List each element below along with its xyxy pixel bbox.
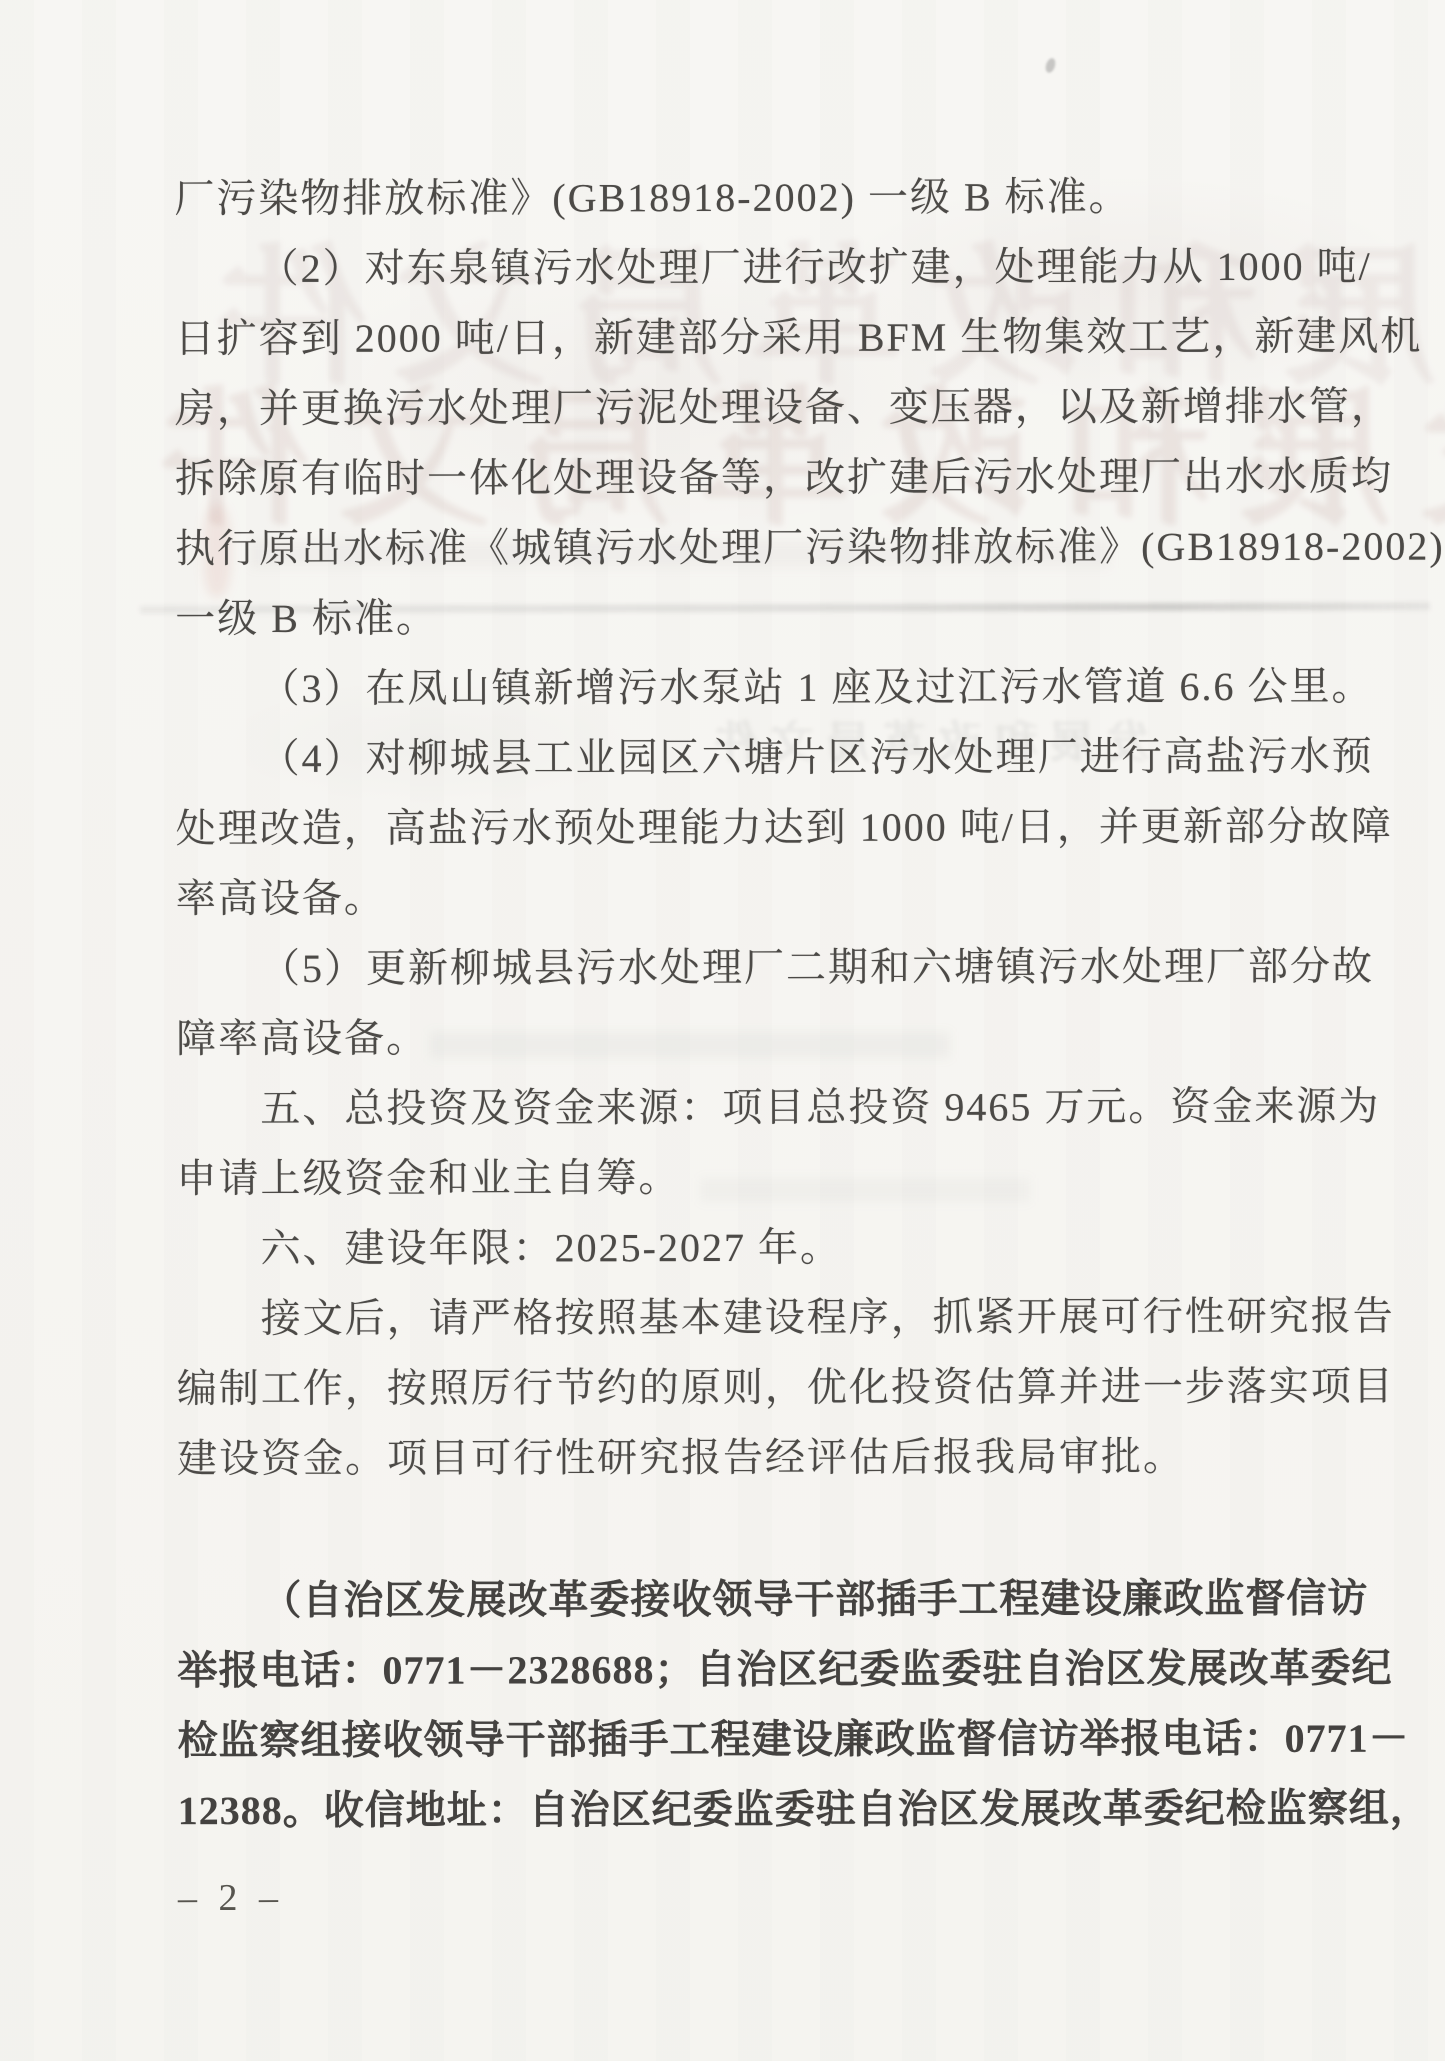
doc-line: 接文后，请严格按照基本建设程序，抓紧开展可行性研究报告 <box>177 1282 1366 1354</box>
doc-line: 建设资金。项目可行性研究报告经评估后报我局审批。 <box>177 1422 1366 1494</box>
doc-line: 五、总投资及资金来源：项目总投资 9465 万元。资金来源为 <box>176 1072 1365 1144</box>
doc-line-note: 检监察组接收领导干部插手工程建设廉政监督信访举报电话：0771－ <box>178 1704 1367 1776</box>
page-number: – 2 – <box>178 1866 1367 1928</box>
document-body: 厂污染物排放标准》(GB18918-2002) 一级 B 标准。 （2）对东泉镇… <box>0 0 1445 1929</box>
doc-line: 障率高设备。 <box>176 1002 1365 1074</box>
doc-line: （4）对柳城县工业园区六塘片区污水处理厂进行高盐污水预 <box>175 722 1364 794</box>
doc-line-note: 12388。收信地址：自治区纪委监委驻自治区发展改革委纪检监察组， <box>178 1774 1367 1846</box>
doc-line: 申请上级资金和业主自筹。 <box>176 1142 1365 1214</box>
doc-line: 房，并更换污水处理厂污泥处理设备、变压器，以及新增排水管， <box>175 372 1364 444</box>
scanned-document-page: 发展和改革局文件 发展和改革局文件 发展和改革局文件 厂污染物排放标准》(GB1… <box>0 0 1445 2061</box>
doc-line: （2）对东泉镇污水处理厂进行改扩建，处理能力从 1000 吨/ <box>174 232 1363 304</box>
doc-line-note: （自治区发展改革委接收领导干部插手工程建设廉政监督信访 <box>177 1564 1366 1636</box>
doc-line: 编制工作，按照厉行节约的原则，优化投资估算并进一步落实项目 <box>177 1352 1366 1424</box>
doc-line: 日扩容到 2000 吨/日，新建部分采用 BFM 生物集效工艺，新建风机 <box>175 302 1364 374</box>
doc-line: 处理改造，高盐污水预处理能力达到 1000 吨/日，并更新部分故障 <box>176 792 1365 864</box>
doc-line: 一级 B 标准。 <box>175 582 1364 654</box>
doc-line: 厂污染物排放标准》(GB18918-2002) 一级 B 标准。 <box>174 162 1363 234</box>
doc-line: （3）在凤山镇新增污水泵站 1 座及过江污水管道 6.6 公里。 <box>175 652 1364 724</box>
doc-line-note: 举报电话：0771－2328688；自治区纪委监委驻自治区发展改革委纪 <box>177 1634 1366 1706</box>
doc-line: （5）更新柳城县污水处理厂二期和六塘镇污水处理厂部分故 <box>176 932 1365 1004</box>
doc-line: 六、建设年限：2025-2027 年。 <box>177 1212 1366 1284</box>
doc-line: 拆除原有临时一体化处理设备等，改扩建后污水处理厂出水水质均 <box>175 442 1364 514</box>
doc-line: 率高设备。 <box>176 862 1365 934</box>
doc-line: 执行原出水标准《城镇污水处理厂污染物排放标准》(GB18918-2002) <box>175 512 1364 584</box>
